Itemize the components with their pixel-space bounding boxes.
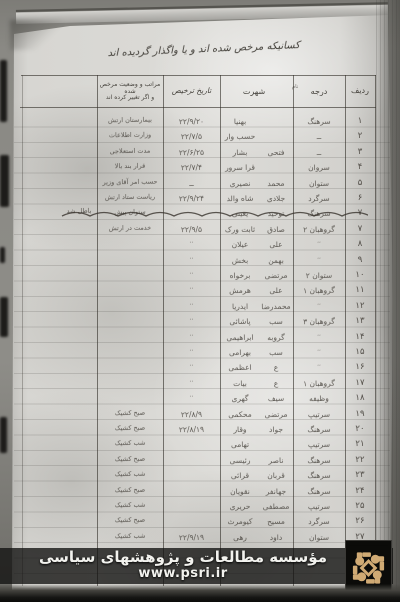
cell-surname: بهرامی <box>221 348 259 358</box>
header-nam: نام <box>288 84 302 90</box>
cell-rank: سرتیپ <box>294 409 344 419</box>
cell-no: ۸ <box>347 240 373 249</box>
cell-name: بهمن <box>260 255 292 264</box>
cell-note: ستوان پیش <box>98 209 162 217</box>
cell-surname: ایدریا <box>221 302 259 312</box>
binding-mark <box>0 247 5 263</box>
cell-surname: حریری <box>221 502 259 512</box>
cell-no: ۲۱ <box>347 440 373 449</box>
cell-note: خدمت در ارتش <box>98 224 162 232</box>
cell-surname: پاشائی <box>221 317 259 327</box>
cell-date: ٬٬ <box>164 363 219 373</box>
header-daraje: درجه <box>296 87 342 96</box>
cell-name: قربان <box>260 471 292 480</box>
cell-no: ۱۶ <box>347 363 373 372</box>
cell-note: وزارت اطلاعات <box>98 132 162 140</box>
binding-mark <box>0 60 7 122</box>
cell-rank: سرهنگ <box>294 455 344 465</box>
cell-surname: بیات <box>221 379 259 389</box>
cell-date: ٬٬ <box>164 378 219 388</box>
cell-name: سب <box>260 317 292 326</box>
cell-surname: بخش <box>221 255 259 265</box>
cell-rank: سرهنگ <box>294 209 344 219</box>
cell-rank: گروهبان ۳ <box>294 317 344 327</box>
cell-surname: ابراهیمی <box>221 332 259 342</box>
cell-surname: ثابت ورک <box>221 225 259 235</box>
cell-no: ۱۷ <box>347 379 373 388</box>
cell-surname: نصیری <box>221 178 259 188</box>
cell-name: گروبه <box>260 332 292 341</box>
cell-name: سب <box>260 348 292 357</box>
cell-name: مرتضی <box>260 409 292 418</box>
binding-mark <box>0 417 7 453</box>
cell-note: حسب امر آقای وزیر <box>98 178 162 186</box>
watermark-org: مؤسسه مطالعات و پژوهشهای سیاسی <box>24 549 342 566</box>
cell-rank: سروان <box>294 163 344 173</box>
cell-surname: هرمش <box>221 286 259 296</box>
cell-date: ــ <box>164 178 219 188</box>
cell-date: ٬٬ <box>164 240 219 250</box>
cell-rank: سرهنگ <box>294 471 344 481</box>
cell-no: ۲۰ <box>347 425 373 434</box>
cell-surname: برخواه <box>221 271 259 281</box>
cell-surname: رئیسی <box>221 456 259 466</box>
cell-surname: رهی <box>221 533 259 543</box>
binding-mark <box>0 297 8 337</box>
header-marateb-line2: و اگر تغییر کرده اند <box>101 94 159 101</box>
cell-date: ٬٬ <box>164 394 219 404</box>
cell-name: جواد <box>260 425 292 434</box>
cell-surname: عیلان <box>221 240 259 250</box>
cell-no: ۱۵ <box>347 348 373 357</box>
cell-no: ۱۴ <box>347 332 373 341</box>
cell-date: ٬٬ <box>164 255 219 265</box>
cell-no: ۷ <box>347 225 373 234</box>
cell-note: صبح کشیک <box>98 455 162 463</box>
cell-no: ۱۹ <box>347 409 373 418</box>
cell-name: مصطفی <box>260 502 292 511</box>
cell-surname: کیومرث <box>221 517 259 527</box>
cell-name: مسیح <box>260 517 292 526</box>
cell-note: شب کشیک <box>98 502 162 510</box>
cell-rank: وظیفه <box>294 394 344 404</box>
margin-annotation: باطل شد <box>62 208 96 216</box>
cell-date: ٬٬ <box>164 317 219 327</box>
cell-date: ۲۲/۹/۲۴ <box>164 194 219 204</box>
cell-no: ۲۵ <box>347 502 373 511</box>
cell-name: ع <box>260 379 292 388</box>
cell-surname: یعینی <box>221 209 259 219</box>
cell-note: شب کشیک <box>98 471 162 479</box>
cell-note: شب کشیک <box>98 532 162 540</box>
cell-note: بیمارستان ارتش <box>98 117 162 125</box>
cell-note: شب کشیک <box>98 440 162 448</box>
cell-note: صبح کشیک <box>98 425 162 433</box>
cell-rank: ٬٬ <box>294 240 344 250</box>
cell-no: ۶ <box>347 194 373 203</box>
cell-date: ٬٬ <box>164 332 219 342</box>
cell-note: قرار بند بالا <box>98 163 162 171</box>
cell-no: ۲۴ <box>347 486 373 495</box>
cell-date: ٬٬ <box>164 271 219 281</box>
cell-name: ع <box>260 363 292 372</box>
cell-no: ۲۲ <box>347 456 373 465</box>
cell-rank: گروهبان ۱ <box>294 286 344 296</box>
cell-rank: سرگرد <box>294 194 344 204</box>
cell-no: ۱۲ <box>347 302 373 311</box>
cell-note: صبح کشیک <box>98 517 162 525</box>
binding-mark <box>0 155 9 207</box>
cell-name: فتحی <box>260 148 292 157</box>
cell-no: ۲۳ <box>347 471 373 480</box>
cell-name: توحید <box>260 209 292 218</box>
cell-rank: ٬٬ <box>294 301 344 311</box>
cell-rank: گروهبان ۲ <box>294 224 344 234</box>
cell-surname: اعظمی <box>221 363 259 373</box>
scanned-document-photo: کسانیکه مرخص شده اند و یا واگذار گردیده … <box>0 0 400 602</box>
cell-name: علی <box>260 286 292 295</box>
cell-date: ۲۲/۷/۴ <box>164 163 219 173</box>
cell-rank: ــ <box>294 147 344 157</box>
cell-name: داود <box>260 533 292 542</box>
cell-name: صادق <box>260 225 292 234</box>
watermark-url: www.psri.ir <box>24 566 342 581</box>
cell-date: ۲۲/۸/۱۹ <box>164 425 219 435</box>
cell-surname: وقار <box>221 425 259 435</box>
cell-rank: سرگرد <box>294 517 344 527</box>
cell-no: ۳ <box>347 148 373 157</box>
cell-name: ناصر <box>260 456 292 465</box>
cell-name: جلادی <box>260 194 292 203</box>
cell-no: ۴ <box>347 163 373 172</box>
cell-rank: ــ <box>294 132 344 142</box>
cell-no: ۲۶ <box>347 517 373 526</box>
cell-no: ۹ <box>347 255 373 264</box>
cell-date: ۲۲/۹/۵ <box>164 224 219 234</box>
cell-no: ۲ <box>347 132 373 141</box>
cell-name: محمد <box>260 178 292 187</box>
cell-date: ۲۲/۹/۱۹ <box>164 532 219 542</box>
cell-no: ۱۸ <box>347 394 373 403</box>
cell-note: صبح کشیک <box>98 486 162 494</box>
cell-surname: قرائی <box>221 471 259 481</box>
cell-surname: محکمی <box>221 409 259 419</box>
cell-date: ٬٬ <box>164 348 219 358</box>
cell-surname: شاه والد <box>221 194 259 204</box>
header-tarikh: تاریخ ترخیص <box>165 86 218 95</box>
cell-name: محمدرضا <box>260 302 292 311</box>
cell-rank: ٬٬ <box>294 348 344 358</box>
cell-note: مدت استعلاجی <box>98 147 162 155</box>
cell-surname: بهنیا <box>221 117 259 127</box>
cell-surname: تهامی <box>221 440 259 450</box>
cell-rank: سرتیپ <box>294 440 344 450</box>
cell-name: جهانفر <box>260 486 292 495</box>
cell-date: ٬٬ <box>164 301 219 311</box>
cell-surname: قرا سرور <box>221 163 259 173</box>
cell-no: ۱۳ <box>347 317 373 326</box>
cell-note: ریاست ستاد ارتش <box>98 194 162 202</box>
cell-surname: بشار <box>221 148 259 158</box>
cell-no: ۱۱ <box>347 286 373 295</box>
cell-rank: سرهنگ <box>294 117 344 127</box>
cell-rank: ستوان <box>294 178 344 188</box>
cell-date: ۲۲/۹/۲۰ <box>164 117 219 127</box>
cell-name: سیف <box>260 394 292 403</box>
watermark-text: مؤسسه مطالعات و پژوهشهای سیاسی www.psri.… <box>24 549 342 581</box>
book-bottom-edge <box>0 584 400 602</box>
cell-rank: سرهنگ <box>294 425 344 435</box>
cell-note: صبح کشیک <box>98 409 162 417</box>
cell-rank: ستوان ۲ <box>294 271 344 281</box>
cell-rank: سرهنگ <box>294 486 344 496</box>
page-gutter-shadow <box>376 0 400 602</box>
cell-name: مرتضی <box>260 271 292 280</box>
cell-rank: سرتیپ <box>294 502 344 512</box>
header-marateb-line1: مراتب و وضعیت مرخص شده <box>99 81 161 95</box>
cell-date: ۲۲/۶/۲۵ <box>164 147 219 157</box>
cell-rank: ستوان <box>294 532 344 542</box>
header-shohrat: شهرت <box>222 87 286 96</box>
cell-no: ۵ <box>347 178 373 187</box>
cell-rank: ٬٬ <box>294 332 344 342</box>
cell-no: ۱ <box>347 117 373 126</box>
header-radif: ردیف <box>346 86 374 95</box>
cell-name: علی <box>260 240 292 249</box>
cell-no: ۱۰ <box>347 271 373 280</box>
cell-rank: ٬٬ <box>294 255 344 265</box>
cell-surname: نقویان <box>221 486 259 496</box>
cell-surname: گهری <box>221 394 259 404</box>
cell-surname: حسب وار <box>221 132 259 142</box>
cell-date: ۲۲/۷/۵ <box>164 132 219 142</box>
cell-date: ٬٬ <box>164 286 219 296</box>
cell-rank: گروهبان ۱ <box>294 378 344 388</box>
cell-rank: ٬٬ <box>294 363 344 373</box>
page-corner-shadow <box>10 20 62 50</box>
cell-no: ۷ <box>347 209 373 218</box>
cell-date: ۲۲/۸/۹ <box>164 409 219 419</box>
